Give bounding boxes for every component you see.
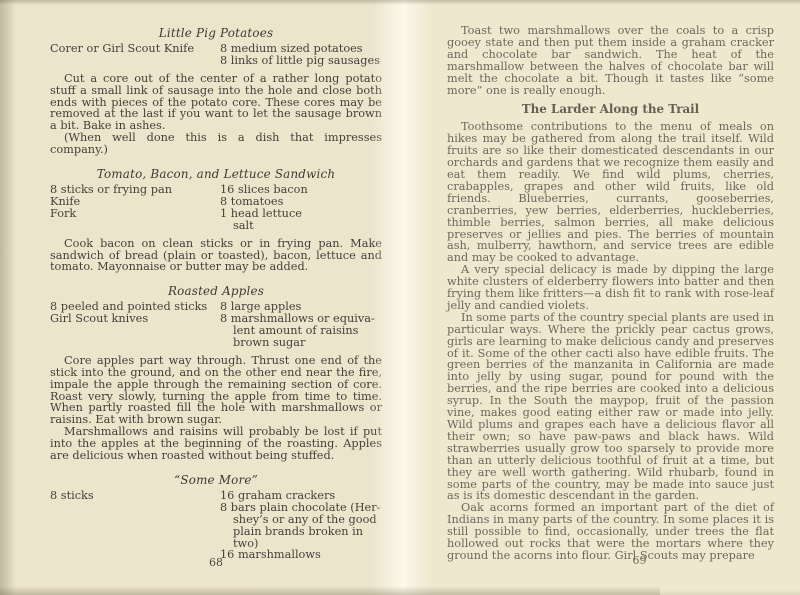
- ingredient-item: salt: [220, 220, 382, 232]
- paragraph: Toothsome contributions to the menu of m…: [447, 121, 774, 264]
- recipe-title: Tomato, Bacon, and Lettuce Sandwich: [50, 169, 382, 181]
- equipment-item: Knife: [50, 196, 220, 208]
- recipe-section-roasted-apples: Roasted Apples 8 peeled and pointed stic…: [50, 286, 382, 462]
- paragraph: Core apples part way through. Thrust one…: [50, 355, 382, 426]
- paragraph: Cut a core out of the center of a rather…: [50, 73, 382, 133]
- equipment-column: 8 sticks: [50, 490, 220, 561]
- equipment-item: Fork: [50, 208, 220, 220]
- ingredient-table: 8 sticks 16 graham crackers 8 bars plain…: [50, 490, 382, 561]
- page-number-right: 69: [447, 555, 774, 567]
- recipe-section-little-pig-potatoes: Little Pig Potatoes Corer or Girl Scout …: [50, 28, 382, 156]
- paragraph: Marshmallows and raisins will probably b…: [50, 426, 382, 462]
- recipe-title: Roasted Apples: [50, 286, 382, 298]
- ingredient-table: Corer or Girl Scout Knife 8 medium sized…: [50, 43, 382, 67]
- equipment-item: Girl Scout knives: [50, 313, 220, 325]
- ingredient-item: brown sugar: [220, 337, 382, 349]
- ingredient-column: 8 medium sized potatoes 8 links of littl…: [220, 43, 382, 67]
- book-spread: Little Pig Potatoes Corer or Girl Scout …: [0, 0, 800, 595]
- page-right: Toast two marshmallows over the coals to…: [447, 25, 774, 562]
- recipe-section-tomato-bacon-lettuce: Tomato, Bacon, and Lettuce Sandwich 8 st…: [50, 169, 382, 273]
- recipe-title: Little Pig Potatoes: [50, 28, 382, 40]
- ingredient-column: 8 large apples 8 marshmallows or equiva-…: [220, 301, 382, 349]
- ingredient-table: 8 peeled and pointed sticks Girl Scout k…: [50, 301, 382, 349]
- left-edge-shadow: [0, 0, 16, 595]
- ingredient-column: 16 slices bacon 8 tomatoes 1 head lettuc…: [220, 184, 382, 232]
- top-edge-shadow: [0, 0, 800, 5]
- paragraph: Cook bacon on clean sticks or in frying …: [50, 238, 382, 274]
- equipment-column: 8 peeled and pointed sticks Girl Scout k…: [50, 301, 220, 349]
- ingredient-item: 8 tomatoes: [220, 196, 382, 208]
- equipment-item: Corer or Girl Scout Knife: [50, 43, 220, 55]
- paragraph: In some parts of the country special pla…: [447, 312, 774, 503]
- equipment-item: 8 sticks: [50, 490, 220, 502]
- ingredient-item: shey’s or any of the good: [220, 514, 382, 526]
- ingredient-column: 16 graham crackers 8 bars plain chocolat…: [220, 490, 382, 561]
- page-number-left: 68: [50, 557, 382, 569]
- ingredient-table: 8 sticks or frying pan Knife Fork 16 sli…: [50, 184, 382, 232]
- section-heading: The Larder Along the Trail: [447, 104, 774, 116]
- paragraph: Oak acorns formed an important part of t…: [447, 502, 774, 562]
- ingredient-item: 1 head lettuce: [220, 208, 382, 220]
- equipment-column: Corer or Girl Scout Knife: [50, 43, 220, 67]
- ingredient-item: 8 bars plain chocolate (Her-: [220, 502, 382, 514]
- ingredient-item: plain brands broken in: [220, 526, 382, 538]
- page-left: Little Pig Potatoes Corer or Girl Scout …: [50, 28, 382, 561]
- paragraph: Toast two marshmallows over the coals to…: [447, 25, 774, 96]
- equipment-column: 8 sticks or frying pan Knife Fork: [50, 184, 220, 232]
- recipe-title: “Some More”: [50, 475, 382, 487]
- bottom-right-edge-shadow: [660, 590, 800, 595]
- ingredient-item: 8 links of little pig sausages: [220, 55, 382, 67]
- paragraph: (When well done this is a dish that impr…: [50, 132, 382, 156]
- bottom-edge-shadow: [0, 586, 660, 595]
- recipe-section-some-more: “Some More” 8 sticks 16 graham crackers …: [50, 475, 382, 561]
- paragraph: A very special delicacy is made by dippi…: [447, 264, 774, 312]
